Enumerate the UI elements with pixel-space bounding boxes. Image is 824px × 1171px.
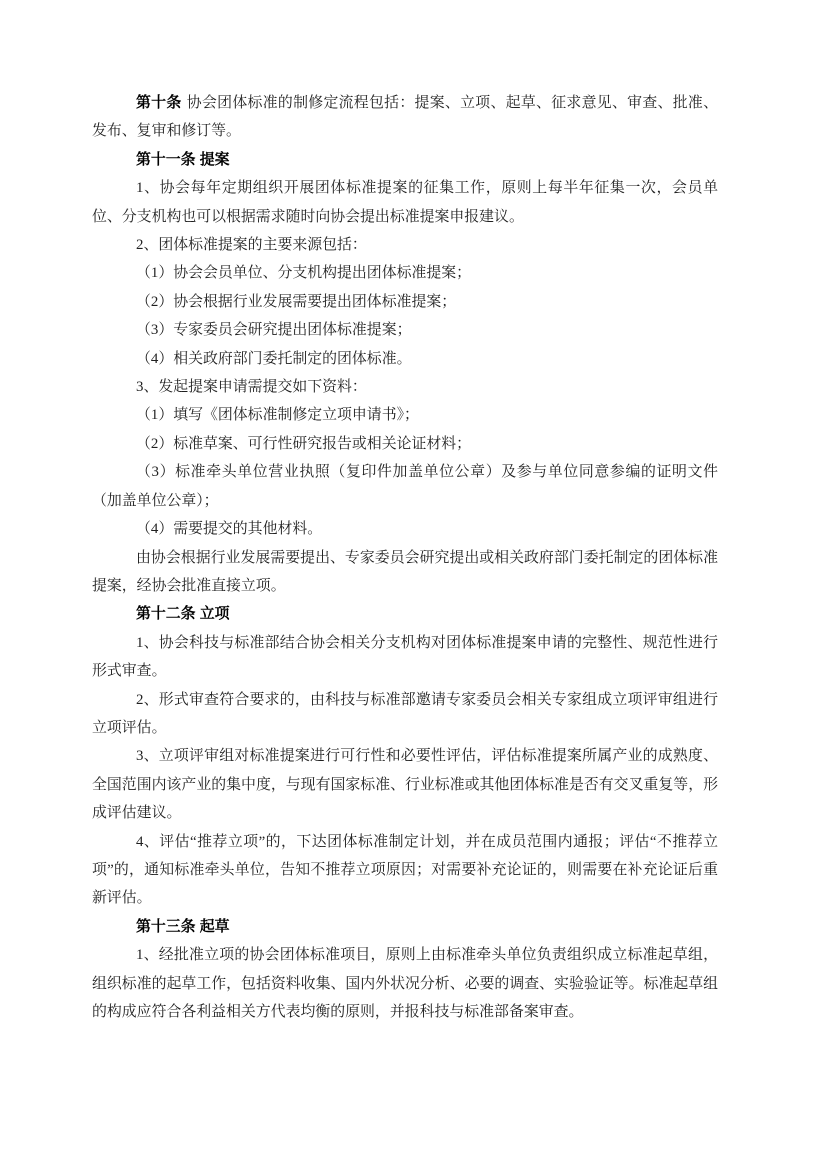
paragraph-text: 1、协会每年定期组织开展团体标准提案的征集工作，原则上每半年征集一次，会员单位、… — [92, 180, 718, 224]
paragraph-text: （4）相关政府部门委托制定的团体标准。 — [136, 351, 411, 367]
section-heading: 第十一条 提案 — [92, 146, 718, 174]
section-heading: 第十三条 起草 — [92, 913, 718, 941]
paragraph: （1）协会会员单位、分支机构提出团体标准提案； — [92, 259, 718, 287]
paragraph-text: （3）标准牵头单位营业执照（复印件加盖单位公章）及参与单位同意参编的证明文件（加… — [92, 464, 718, 508]
paragraph-text: （1）协会会员单位、分支机构提出团体标准提案； — [136, 265, 471, 281]
document-content: 第十条协会团体标准的制修定流程包括：提案、立项、起草、征求意见、审查、批准、发布… — [92, 89, 718, 1026]
paragraph-text: （2）标准草案、可行性研究报告或相关论证材料； — [136, 436, 471, 452]
paragraph: （1）填写《团体标准制修定立项申请书》； — [92, 401, 718, 429]
paragraph: 2、形式审查符合要求的，由科技与标准部邀请专家委员会相关专家组成立项评审组进行立… — [92, 686, 718, 743]
paragraph: 1、协会每年定期组织开展团体标准提案的征集工作，原则上每半年征集一次，会员单位、… — [92, 174, 718, 231]
paragraph: （4）相关政府部门委托制定的团体标准。 — [92, 345, 718, 373]
paragraph-text: 第十三条 起草 — [136, 919, 229, 935]
paragraph: 3、立项评审组对标准提案进行可行性和必要性评估，评估标准提案所属产业的成熟度、全… — [92, 742, 718, 827]
paragraph: （3）专家委员会研究提出团体标准提案； — [92, 316, 718, 344]
paragraph-text: （4）需要提交的其他材料。 — [136, 521, 322, 537]
paragraph: 由协会根据行业发展需要提出、专家委员会研究提出或相关政府部门委托制定的团体标准提… — [92, 544, 718, 601]
paragraph-text: 2、形式审查符合要求的，由科技与标准部邀请专家委员会相关专家组成立项评审组进行立… — [92, 692, 718, 736]
paragraph: 第十条协会团体标准的制修定流程包括：提案、立项、起草、征求意见、审查、批准、发布… — [92, 89, 718, 146]
paragraph: （2）标准草案、可行性研究报告或相关论证材料； — [92, 430, 718, 458]
paragraph: 3、发起提案申请需提交如下资料： — [92, 373, 718, 401]
paragraph-text: 3、立项评审组对标准提案进行可行性和必要性评估，评估标准提案所属产业的成熟度、全… — [92, 748, 718, 821]
paragraph-text: 第十二条 立项 — [136, 606, 229, 622]
paragraph-text: （3）专家委员会研究提出团体标准提案； — [136, 322, 411, 338]
paragraph: 1、协会科技与标准部结合协会相关分支机构对团体标准提案申请的完整性、规范性进行形… — [92, 629, 718, 686]
paragraph-text: 1、协会科技与标准部结合协会相关分支机构对团体标准提案申请的完整性、规范性进行形… — [92, 635, 718, 679]
paragraph-text: 1、经批准立项的协会团体标准项目，原则上由标准牵头单位负责组织成立标准起草组，组… — [92, 947, 718, 1020]
paragraph-text: （1）填写《团体标准制修定立项申请书》； — [136, 407, 419, 423]
paragraph-text: 协会团体标准的制修定流程包括：提案、立项、起草、征求意见、审查、批准、发布、复审… — [92, 95, 718, 139]
paragraph-text: 由协会根据行业发展需要提出、专家委员会研究提出或相关政府部门委托制定的团体标准提… — [92, 550, 718, 594]
paragraph: 4、评估“推荐立项”的，下达团体标准制定计划，并在成员范围内通报；评估“不推荐立… — [92, 828, 718, 913]
document-page: 第十条协会团体标准的制修定流程包括：提案、立项、起草、征求意见、审查、批准、发布… — [0, 0, 824, 1171]
paragraph-text: （2）协会根据行业发展需要提出团体标准提案； — [136, 294, 456, 310]
paragraph: （4）需要提交的其他材料。 — [92, 515, 718, 543]
paragraph-text: 3、发起提案申请需提交如下资料： — [136, 379, 367, 395]
paragraph: 1、经批准立项的协会团体标准项目，原则上由标准牵头单位负责组织成立标准起草组，组… — [92, 941, 718, 1026]
paragraph-text: 2、团体标准提案的主要来源包括： — [136, 237, 367, 253]
section-heading: 第十二条 立项 — [92, 600, 718, 628]
paragraph: （2）协会根据行业发展需要提出团体标准提案； — [92, 288, 718, 316]
paragraph: （3）标准牵头单位营业执照（复印件加盖单位公章）及参与单位同意参编的证明文件（加… — [92, 458, 718, 515]
paragraph: 2、团体标准提案的主要来源包括： — [92, 231, 718, 259]
article-number: 第十条 — [136, 95, 182, 111]
paragraph-text: 第十一条 提案 — [136, 152, 229, 168]
paragraph-text: 4、评估“推荐立项”的，下达团体标准制定计划，并在成员范围内通报；评估“不推荐立… — [92, 834, 718, 907]
